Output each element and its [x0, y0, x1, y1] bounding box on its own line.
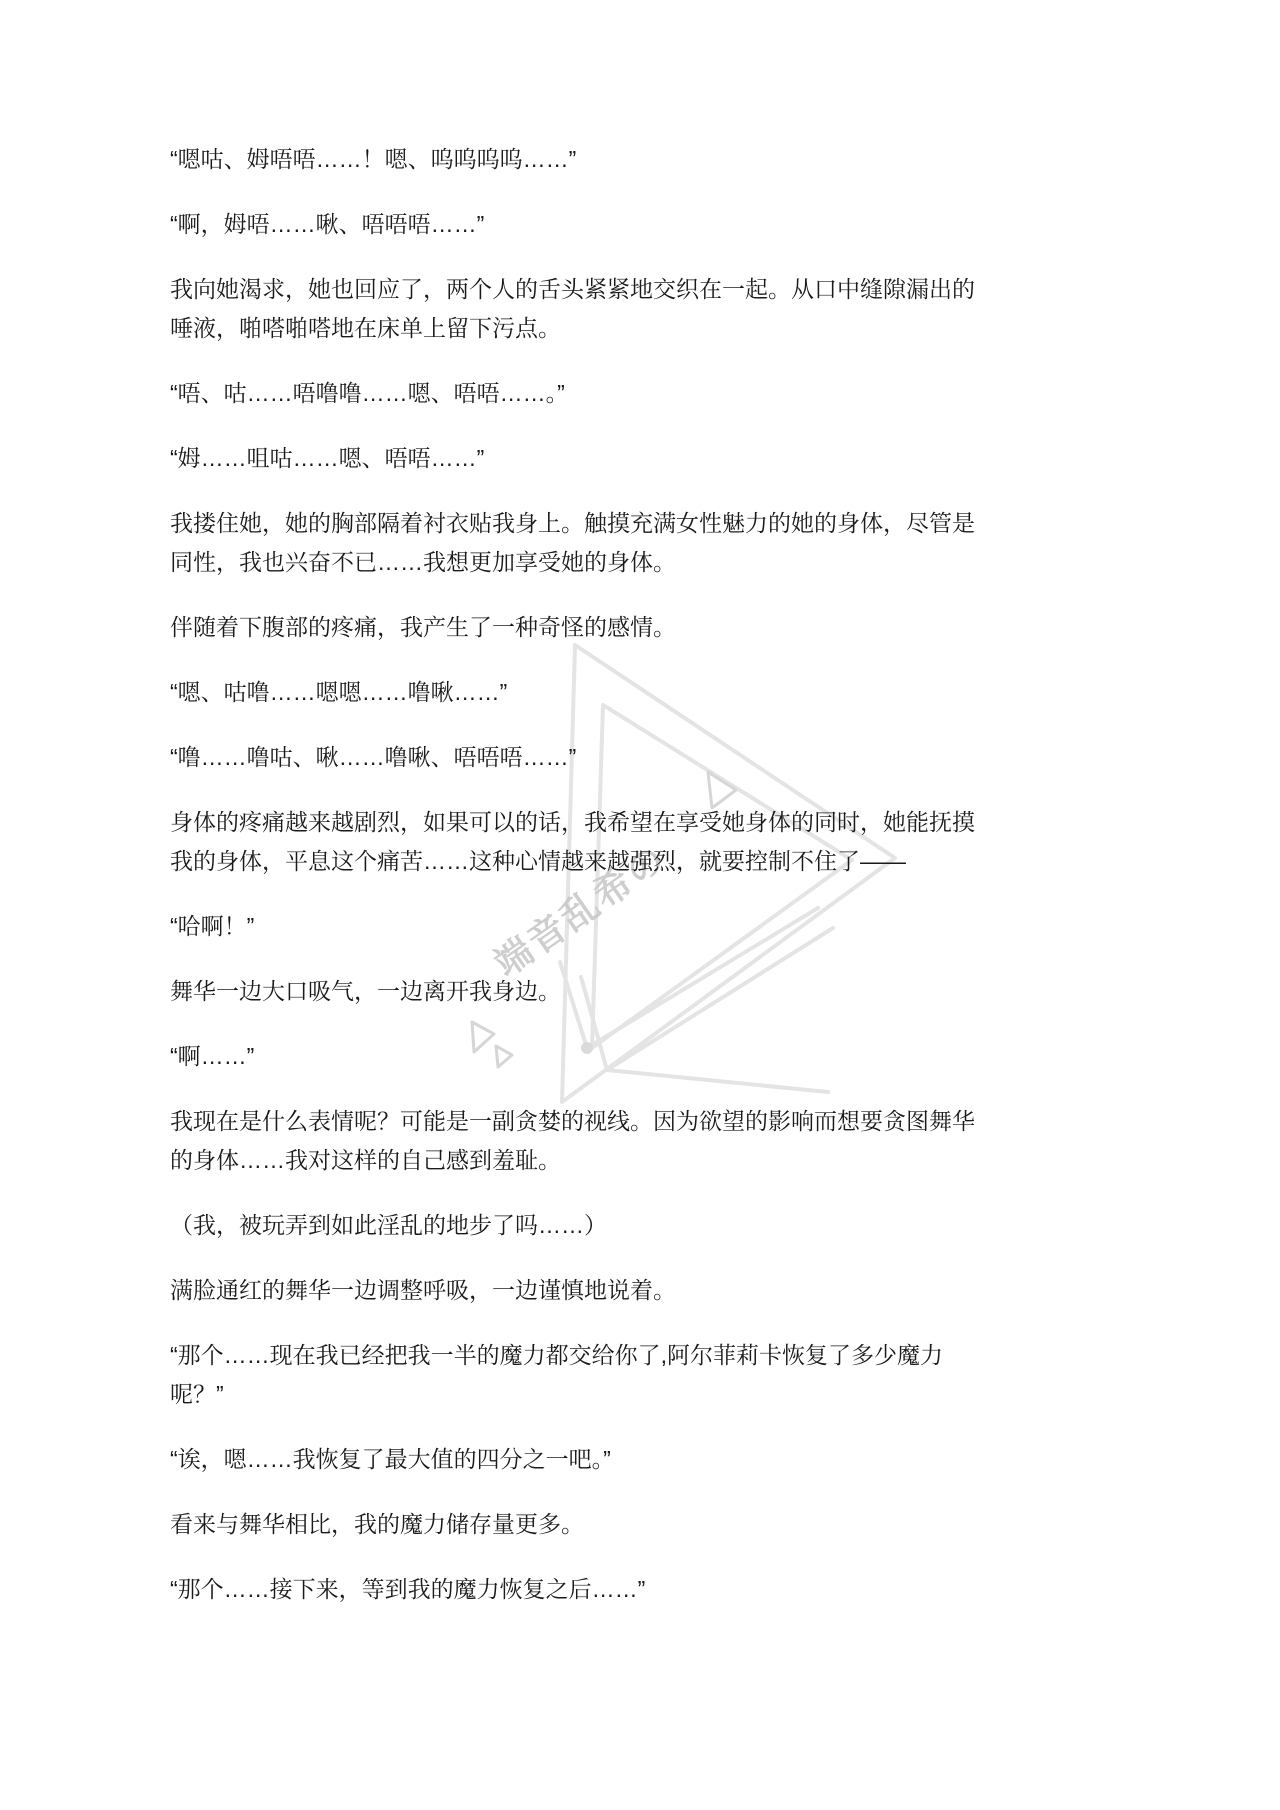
dialogue-paragraph: “那个……接下来，等到我的魔力恢复之后……”: [170, 1570, 1020, 1609]
dialogue-paragraph: “啊……”: [170, 1037, 1020, 1076]
document-page: 端音乱希の “嗯咕、姆唔唔……！嗯、呜呜呜呜……” “啊，姆唔……啾、唔唔唔………: [0, 0, 1280, 1810]
dialogue-paragraph: “唔、咕……唔噜噜……嗯、唔唔……。”: [170, 374, 1020, 413]
dialogue-paragraph: “那个……现在我已经把我一半的魔力都交给你了,阿尔菲莉卡恢复了多少魔力 呢？”: [170, 1336, 1020, 1414]
narration-paragraph: 身体的疼痛越来越剧烈，如果可以的话，我希望在享受她身体的同时，她能抚摸 我的身体…: [170, 803, 1020, 881]
dialogue-paragraph: “噜……噜咕、啾……噜啾、唔唔唔……”: [170, 738, 1020, 777]
narration-paragraph: 我搂住她，她的胸部隔着衬衣贴我身上。触摸充满女性魅力的她的身体，尽管是 同性，我…: [170, 504, 1020, 582]
dialogue-paragraph: “嗯咕、姆唔唔……！嗯、呜呜呜呜……”: [170, 140, 1020, 179]
narration-paragraph: 满脸通红的舞华一边调整呼吸，一边谨慎地说着。: [170, 1271, 1020, 1310]
dialogue-paragraph: “姆……咀咕……嗯、唔唔……”: [170, 439, 1020, 478]
dialogue-paragraph: “啊，姆唔……啾、唔唔唔……”: [170, 205, 1020, 244]
novel-text-content: “嗯咕、姆唔唔……！嗯、呜呜呜呜……” “啊，姆唔……啾、唔唔唔……” 我向她渴…: [0, 0, 1080, 1609]
narration-paragraph: 看来与舞华相比，我的魔力储存量更多。: [170, 1505, 1020, 1544]
narration-paragraph: 我现在是什么表情呢？可能是一副贪婪的视线。因为欲望的影响而想要贪图舞华 的身体……: [170, 1102, 1020, 1180]
narration-paragraph: （我，被玩弄到如此淫乱的地步了吗……）: [170, 1206, 1020, 1245]
dialogue-paragraph: “哈啊！”: [170, 907, 1020, 946]
dialogue-paragraph: “嗯、咕噜……嗯嗯……噜啾……”: [170, 673, 1020, 712]
narration-paragraph: 舞华一边大口吸气，一边离开我身边。: [170, 972, 1020, 1011]
narration-paragraph: 我向她渴求，她也回应了，两个人的舌头紧紧地交织在一起。从口中缝隙漏出的 唾液，啪…: [170, 270, 1020, 348]
narration-paragraph: 伴随着下腹部的疼痛，我产生了一种奇怪的感情。: [170, 608, 1020, 647]
dialogue-paragraph: “诶，嗯……我恢复了最大值的四分之一吧。”: [170, 1440, 1020, 1479]
